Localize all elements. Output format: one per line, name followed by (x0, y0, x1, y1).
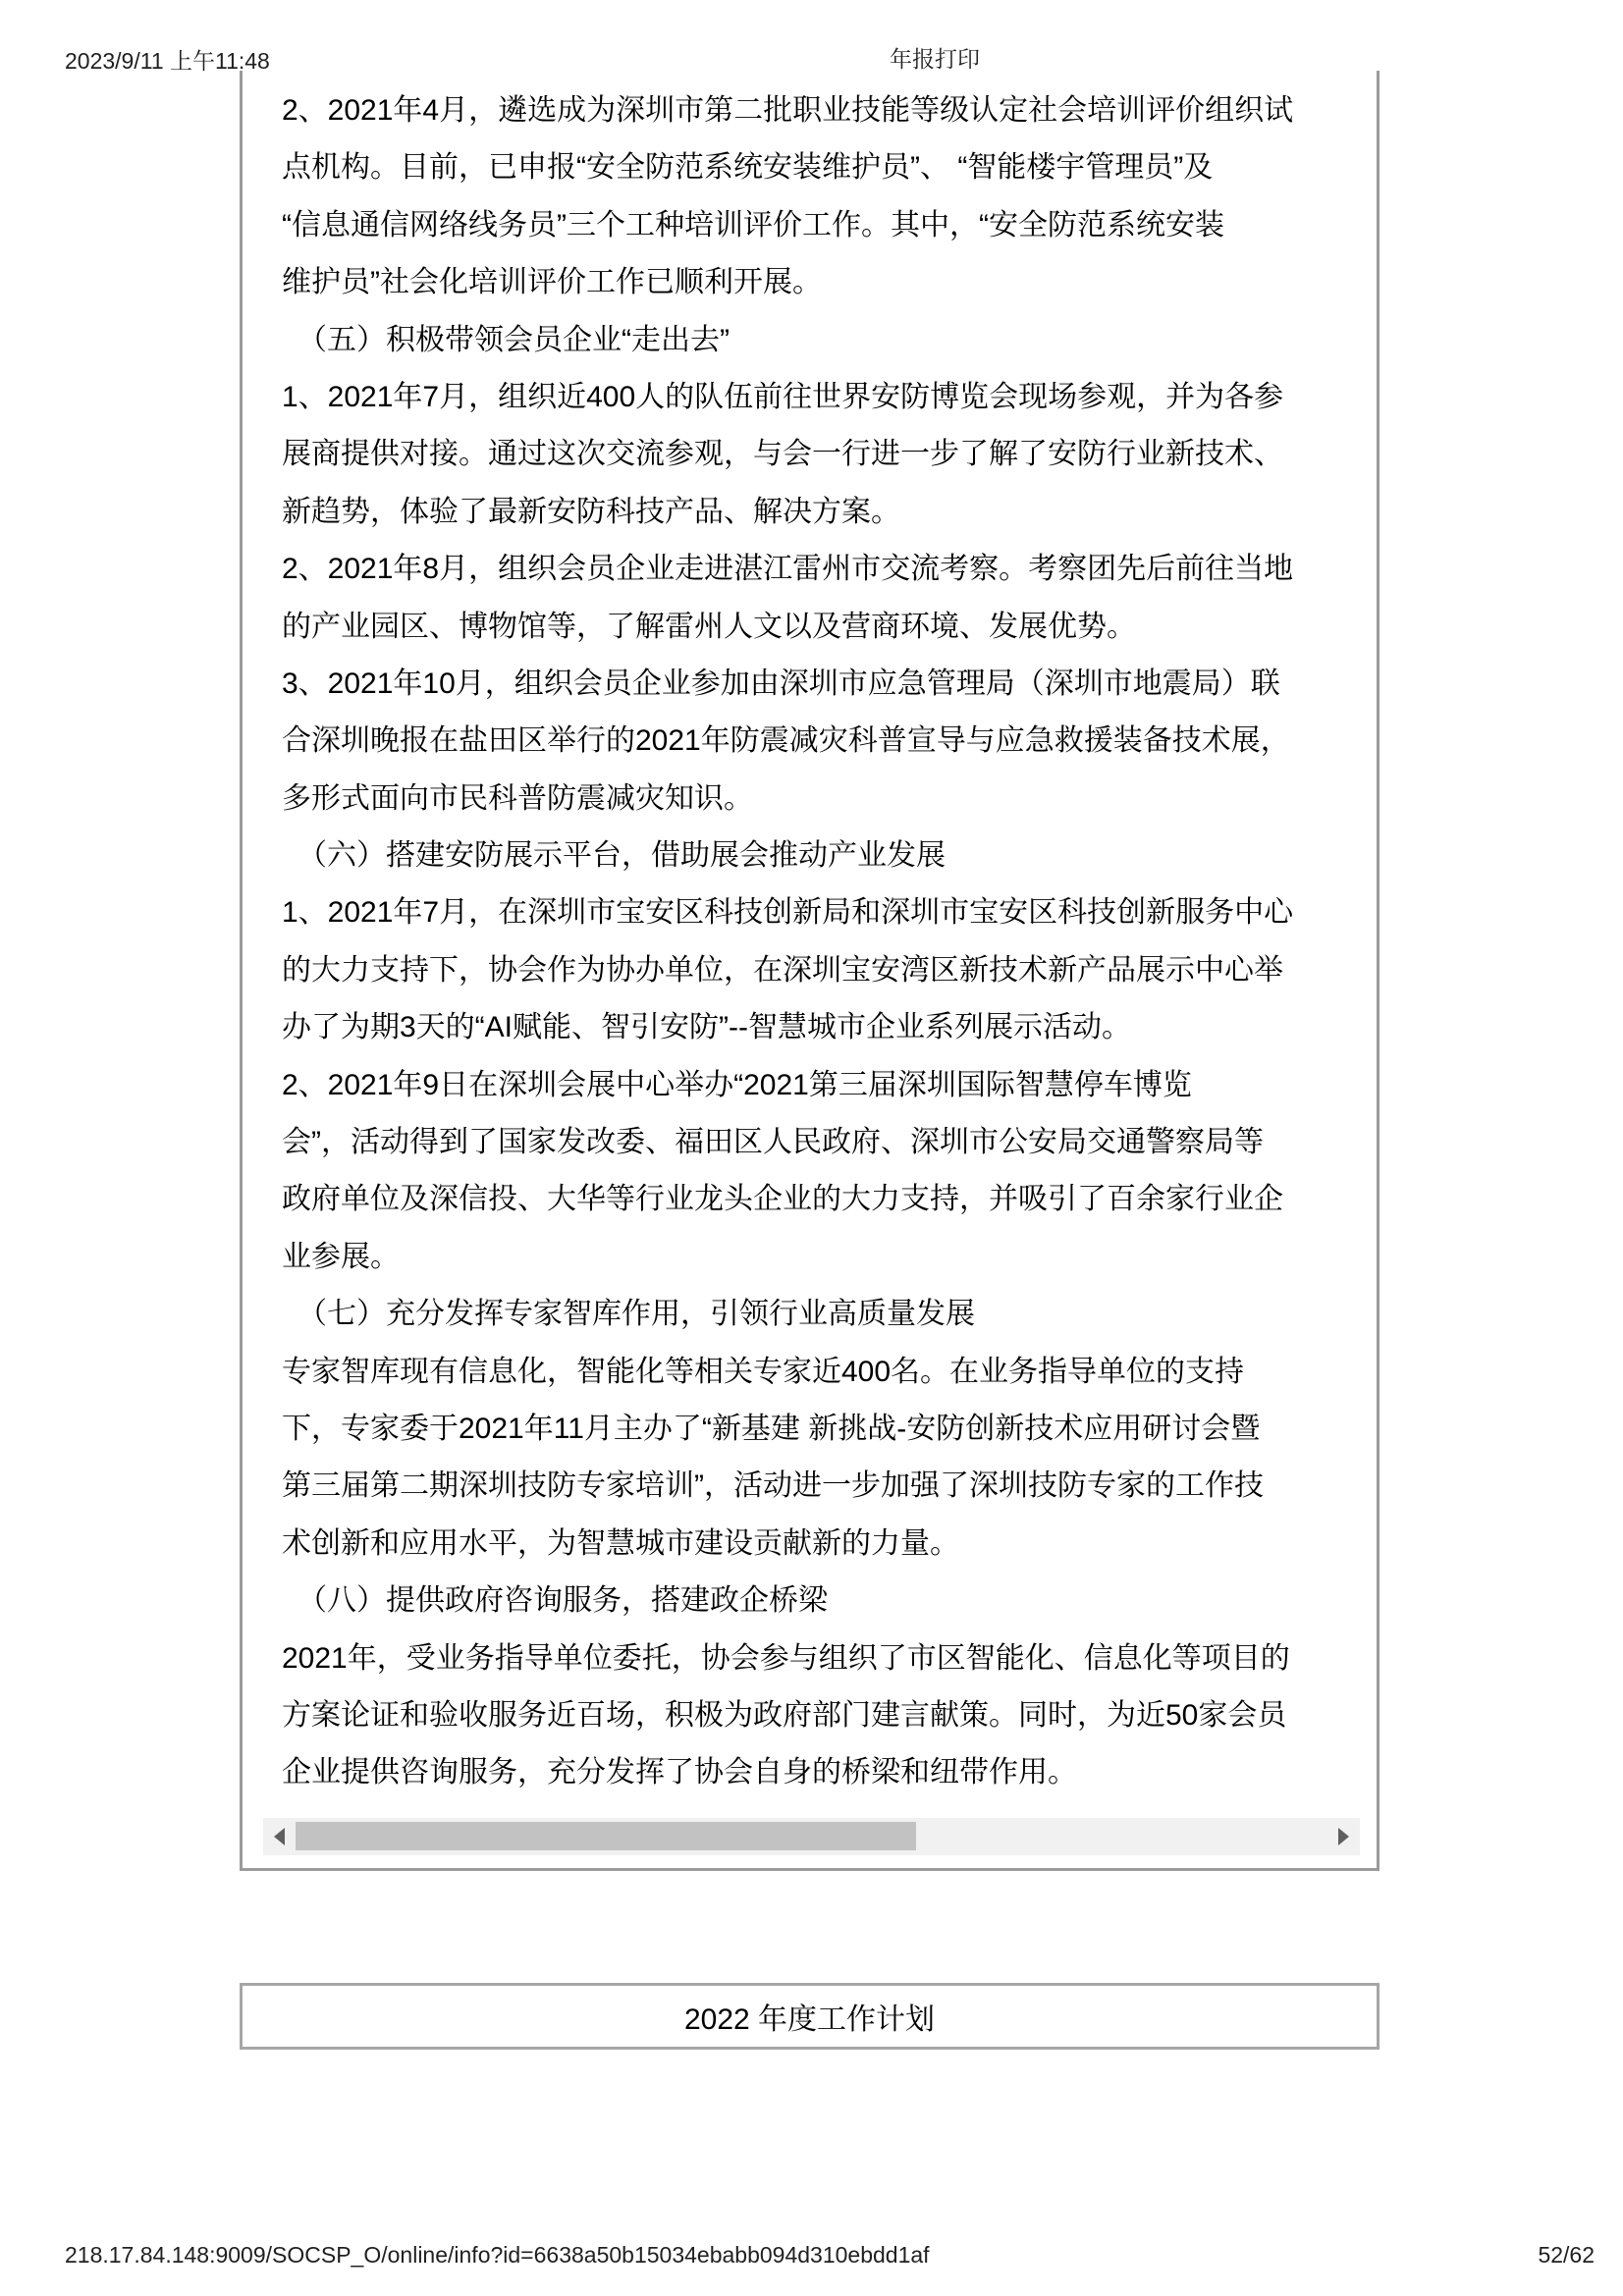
report-line: 方案论证和验收服务近百场，积极为政府部门建言献策。同时，为近50家会员 (282, 1687, 1371, 1744)
report-line: 1、2021年7月，在深圳市宝安区科技创新局和深圳市宝安区科技创新服务中心 (282, 884, 1371, 941)
report-content-panel: 2、2021年4月，遴选成为深圳市第二批职业技能等级认定社会培训评价组织试点机构… (240, 71, 1380, 1871)
scroll-right-icon (1338, 1828, 1349, 1845)
report-line: 合深圳晚报在盐田区举行的2021年防震减灾科普宣导与应急救援装备技术展， (282, 713, 1371, 770)
report-line: （五）积极带领会员企业“走出去” (282, 312, 1371, 369)
footer-page-number: 52/62 (1538, 2242, 1595, 2269)
report-text-block: 2、2021年4月，遴选成为深圳市第二批职业技能等级认定社会培训评价组织试点机构… (282, 82, 1371, 1802)
report-line: （八）提供政府咨询服务，搭建政企桥梁 (282, 1573, 1371, 1629)
report-line: 政府单位及深信投、大华等行业龙头企业的大力支持，并吸引了百余家行业企 (282, 1171, 1371, 1228)
report-line: 2、2021年9日在深圳会展中心举办“2021第三届深圳国际智慧停车博览 (282, 1057, 1371, 1114)
report-line: 企业提供咨询服务，充分发挥了协会自身的桥梁和纽带作用。 (282, 1744, 1371, 1801)
report-line: 的产业园区、博物馆等，了解雷州人文以及营商环境、发展优势。 (282, 599, 1371, 656)
scrollbar-thumb[interactable] (296, 1822, 916, 1850)
next-section-title: 2022 年度工作计划 (684, 1995, 935, 2038)
report-line: 2021年，受业务指导单位委托，协会参与组织了市区智能化、信息化等项目的 (282, 1630, 1371, 1687)
report-line: 2、2021年8月，组织会员企业走进湛江雷州市交流考察。考察团先后前往当地 (282, 541, 1371, 598)
report-line: 点机构。目前，已申报“安全防范系统安装维护员”、 “智能楼宇管理员”及 (282, 139, 1371, 196)
report-line: 第三届第二期深圳技防专家培训”，活动进一步加强了深圳技防专家的工作技 (282, 1458, 1371, 1515)
report-line: 新趋势，体验了最新安防科技产品、解决方案。 (282, 484, 1371, 541)
report-line: 下，专家委于2021年11月主办了“新基建 新挑战-安防创新技术应用研讨会暨 (282, 1401, 1371, 1458)
footer-url: 218.17.84.148:9009/SOCSP_O/online/info?i… (65, 2242, 930, 2269)
print-preview-page: 2023/9/11 上午11:48 年报打印 2、2021年4月，遴选成为深圳市… (0, 0, 1623, 2296)
report-line: 的大力支持下，协会作为协办单位，在深圳宝安湾区新技术新产品展示中心举 (282, 942, 1371, 999)
report-line: 3、2021年10月，组织会员企业参加由深圳市应急管理局（深圳市地震局）联 (282, 656, 1371, 713)
report-line: 会”，活动得到了国家发改委、福田区人民政府、深圳市公安局交通警察局等 (282, 1114, 1371, 1171)
scroll-left-icon (274, 1828, 285, 1845)
report-line: 2、2021年4月，遴选成为深圳市第二批职业技能等级认定社会培训评价组织试 (282, 82, 1371, 139)
report-line: 多形式面向市民科普防震减灾知识。 (282, 771, 1371, 828)
report-line: 专家智库现有信息化，智能化等相关专家近400名。在业务指导单位的支持 (282, 1344, 1371, 1401)
report-line: 术创新和应用水平，为智慧城市建设贡献新的力量。 (282, 1516, 1371, 1573)
scroll-left-button[interactable] (263, 1818, 296, 1855)
scroll-right-button[interactable] (1327, 1818, 1360, 1855)
report-line: （六）搭建安防展示平台，借助展会推动产业发展 (282, 828, 1371, 884)
report-line: 展商提供对接。通过这次交流参观，与会一行进一步了解了安防行业新技术、 (282, 426, 1371, 483)
page-title: 年报打印 (890, 41, 980, 74)
report-line: 业参展。 (282, 1229, 1371, 1286)
horizontal-scrollbar[interactable] (263, 1818, 1360, 1855)
report-line: “信息通信网络线务员”三个工种培训评价工作。其中，“安全防范系统安装 (282, 197, 1371, 254)
next-section-box: 2022 年度工作计划 (240, 1983, 1380, 2050)
report-line: 办了为期3天的“AI赋能、智引安防”--智慧城市企业系列展示活动。 (282, 999, 1371, 1056)
report-line: 维护员”社会化培训评价工作已顺利开展。 (282, 254, 1371, 311)
report-line: 1、2021年7月，组织近400人的队伍前往世界安防博览会现场参观，并为各参 (282, 369, 1371, 426)
report-line: （七）充分发挥专家智库作用，引领行业高质量发展 (282, 1286, 1371, 1343)
